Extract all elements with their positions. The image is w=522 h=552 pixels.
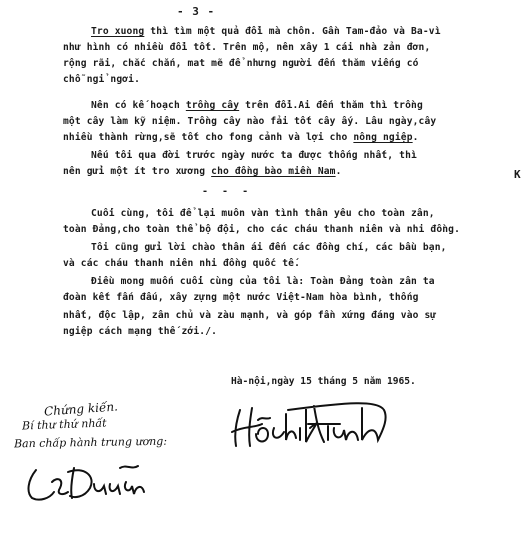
signature-ho-chi-minh-icon [228, 398, 398, 454]
text-segment: nhất, độc lập, zân chủ và zàu mạnh, và g… [63, 310, 436, 321]
text-line: đoàn kết fấn đấu, xây zựng một nước Việt… [63, 292, 419, 303]
section-separator: - - - [202, 186, 248, 197]
signature-le-duan [22, 462, 152, 508]
text-line: Nếu tôi qua đời trước ngày nước ta được … [91, 150, 417, 161]
date-line: Hà-nội,ngày 15 tháng 5 năm 1965. [231, 376, 416, 387]
text-line: nên gửi một ít tro xương cho đồng bào mi… [63, 166, 342, 177]
signature-ho-chi-minh [228, 398, 398, 458]
text-segment: Cuối cùng, tôi để lại muôn vàn tình thân… [91, 208, 435, 219]
signature-le-duan-icon [22, 462, 152, 504]
page-number: - 3 - [177, 5, 215, 18]
witness-note-line-2: Bí thư thứ nhất [22, 417, 107, 433]
text-line: Tro xuong thì tìm một quả đồi mà chôn. G… [91, 26, 441, 37]
text-line: Nên có kế hoạch trồng cây trên đồi.Ai đế… [91, 100, 423, 111]
text-segment: ngiệp cách mạng thế zới./. [63, 326, 217, 337]
text-segment: thì tìm một quả đồi mà chôn. Gần Tam-đảo… [144, 26, 440, 37]
witness-note-line-3: Ban chấp hành trung ương: [14, 435, 167, 451]
text-segment: như hình có nhiều đồi tốt. Trên mộ, nên … [63, 42, 430, 53]
text-line: ngiệp cách mạng thế zới./. [63, 326, 217, 337]
text-line: như hình có nhiều đồi tốt. Trên mộ, nên … [63, 42, 430, 53]
text-segment: toàn Đảng,cho toàn thể bộ đội, cho các c… [63, 224, 460, 235]
text-line: chỗ ngỉ ngơi. [63, 74, 140, 85]
underlined-phrase: trồng cây [186, 100, 239, 111]
text-segment: . [336, 166, 342, 177]
text-line: nhất, độc lập, zân chủ và zàu mạnh, và g… [63, 310, 436, 321]
underlined-phrase: cho đồng bào miền Nam [211, 166, 335, 177]
text-segment: nhiều thành rừng,sẽ tốt cho fong cảnh và… [63, 132, 353, 143]
text-segment: chỗ ngỉ ngơi. [63, 74, 140, 85]
text-segment: . [413, 132, 419, 143]
text-line: và các cháu thanh niên nhi đồng quốc tế. [63, 258, 300, 269]
text-segment: một cây làm kỹ niệm. Trồng cây nào fải t… [63, 116, 436, 127]
text-line: rộng rãi, chắc chắn, mat mẽ để nhưng ngư… [63, 58, 419, 69]
witness-note-line-1: Chứng kiến. [44, 399, 119, 418]
text-line: Tôi cũng gửi lời chào thân ái đến các đồ… [91, 242, 447, 253]
text-segment: rộng rãi, chắc chắn, mat mẽ để nhưng ngư… [63, 58, 419, 69]
text-segment: trên đồi.Ai đến thăm thì trồng [239, 100, 423, 111]
text-line: một cây làm kỹ niệm. Trồng cây nào fải t… [63, 116, 436, 127]
text-line: Cuối cùng, tôi để lại muôn vàn tình thân… [91, 208, 435, 219]
text-segment: Điều mong muốn cuối cùng của tôi là: Toà… [91, 276, 435, 287]
text-line: nhiều thành rừng,sẽ tốt cho fong cảnh và… [63, 132, 419, 143]
text-segment: Tôi cũng gửi lời chào thân ái đến các đồ… [91, 242, 447, 253]
text-line: Điều mong muốn cuối cùng của tôi là: Toà… [91, 276, 435, 287]
text-segment: và các cháu thanh niên nhi đồng quốc tế. [63, 258, 300, 269]
underlined-phrase: nông ngiệp [353, 132, 412, 143]
text-segment: Nên có kế hoạch [91, 100, 186, 111]
text-line: toàn Đảng,cho toàn thể bộ đội, cho các c… [63, 224, 460, 235]
edge-mark: K [514, 168, 521, 181]
text-segment: Nếu tôi qua đời trước ngày nước ta được … [91, 150, 417, 161]
text-segment: đoàn kết fấn đấu, xây zựng một nước Việt… [63, 292, 419, 303]
underlined-phrase: Tro xuong [91, 26, 144, 37]
text-segment: nên gửi một ít tro xương [63, 166, 211, 177]
